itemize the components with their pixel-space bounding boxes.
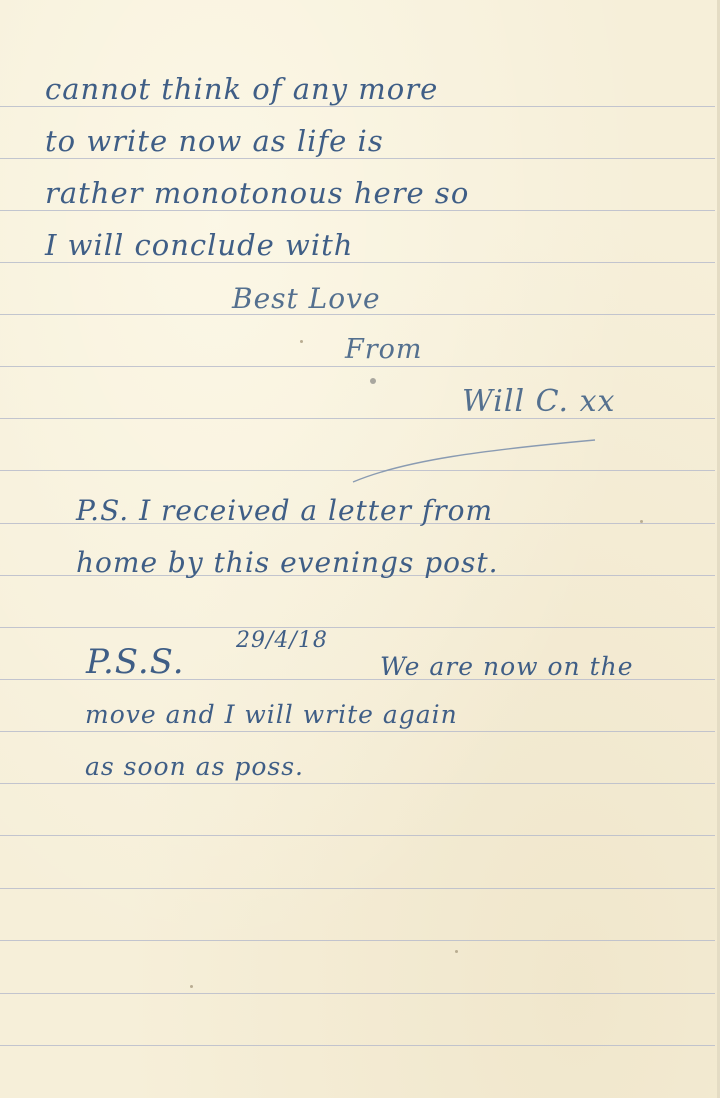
pss-line-2: move and I will write again <box>85 700 458 729</box>
ps-label: P.S. <box>76 494 129 527</box>
signature: Will C. xx <box>462 384 615 419</box>
pss-date: 29/4/18 <box>236 628 328 653</box>
ruled-line <box>0 940 715 941</box>
body-line-3: rather monotonous here so <box>45 176 469 210</box>
ruled-line <box>0 888 715 889</box>
body-line-2: to write now as life is <box>45 124 384 158</box>
body-line-4: I will conclude with <box>45 228 354 262</box>
ruled-line <box>0 210 715 211</box>
ruled-line <box>0 627 715 628</box>
paper-speck <box>370 378 376 384</box>
paper-speck <box>300 340 303 343</box>
ruled-line <box>0 835 715 836</box>
paper-speck <box>455 950 458 953</box>
ruled-line <box>0 106 715 107</box>
ruled-line <box>0 262 715 263</box>
closing-salutation: Best Love <box>232 282 381 315</box>
ruled-line <box>0 783 715 784</box>
pss-label: P.S.S. <box>86 642 185 682</box>
pss-line-1: We are now on the <box>380 652 634 681</box>
ps-line-1: I received a letter from <box>139 494 493 527</box>
body-line-1: cannot think of any more <box>45 72 438 106</box>
signature-flourish <box>345 420 605 490</box>
ruled-line <box>0 1045 715 1046</box>
ruled-line <box>0 158 715 159</box>
ruled-line <box>0 366 715 367</box>
paper-speck <box>190 985 193 988</box>
ps-line-2: home by this evenings post. <box>76 546 499 579</box>
paper-speck <box>640 520 643 523</box>
pss-line-3: as soon as poss. <box>85 752 304 781</box>
ps-block: P.S. I received a letter from <box>76 494 493 527</box>
closing-from: From <box>345 334 423 365</box>
ruled-line <box>0 731 715 732</box>
letter-page: cannot think of any more to write now as… <box>0 0 720 1098</box>
ruled-line <box>0 993 715 994</box>
